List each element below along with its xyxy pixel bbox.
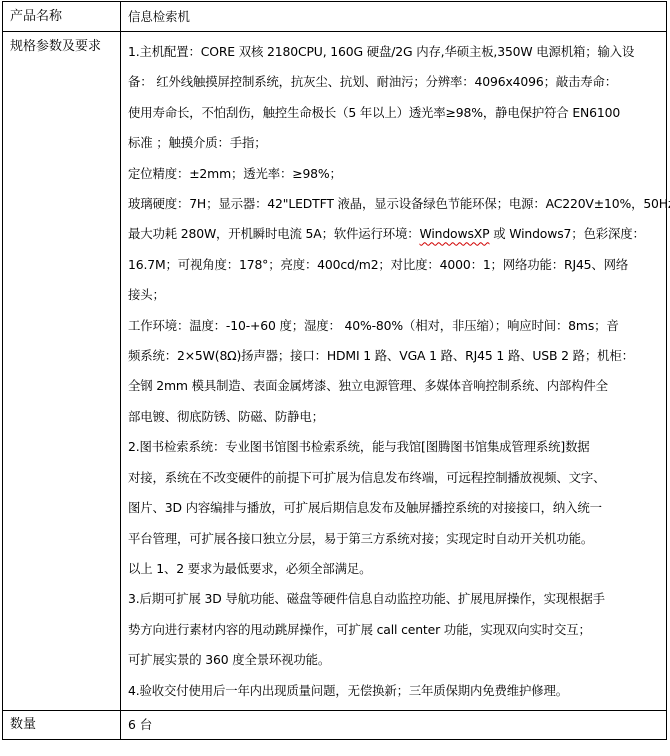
spec-line: 对接，系统在不改变硬件的前提下可扩展为信息发布终端，可远程控制播放视频、文字、 [128, 463, 662, 493]
spec-line: 1.主机配置：CORE 双核 2180CPU, 160G 硬盘/2G 内存,华硕… [128, 37, 662, 67]
spec-line: 部电镀、彻底防锈、防磁、防静电； [128, 402, 662, 432]
spec-label: 规格参数及要求 [3, 32, 121, 711]
spec-line: 平台管理，可扩展各接口独立分层，易于第三方系统对接；实现定时自动开关机功能。 [128, 524, 662, 554]
spec-line: 16.7M；可视角度：178°；亮度：400cd/m2；对比度：4000：1；网… [128, 250, 662, 280]
spec-line: 标准 ；触摸介质：手指； [128, 128, 662, 158]
quantity-label: 数量 [3, 710, 121, 739]
spec-line: 图片、3D 内容编排与播放，可扩展后期信息发布及触屏播控系统的对接接口，纳入统一 [128, 493, 662, 523]
spec-line-os-tail: 或 Windows7；色彩深度： [489, 226, 644, 241]
spec-line: 2.图书检索系统：专业图书馆图书检索系统，能与我馆[图腾图书馆集成管理系统]数据 [128, 432, 662, 462]
spellcheck-underlined-word[interactable]: WindowsXP [420, 226, 490, 241]
spec-line: 势方向进行素材内容的甩动跳屏操作，可扩展 call center 功能，实现双向… [128, 615, 662, 645]
spec-line-os: 最大功耗 280W，开机瞬时电流 5A；软件运行环境：WindowsXP 或 W… [128, 219, 662, 249]
product-name-value: 信息检索机 [121, 2, 667, 32]
spec-line: 以上 1、2 要求为最低要求，必须全部满足。 [128, 554, 662, 584]
spec-line: 4.验收交付使用后一年内出现质量问题，无偿换新；三年质保期内免费维护修理。 [128, 676, 662, 706]
spec-line: 备： 红外线触摸屏控制系统，抗灰尘、抗划、耐油污；分辨率：4096x4096；敲… [128, 67, 662, 97]
spec-line: 定位精度：±2mm；透光率：≥98%； [128, 159, 662, 189]
spec-line: 频系统：2×5W(8Ω)扬声器；接口：HDMI 1 路、VGA 1 路、RJ45… [128, 341, 662, 371]
spec-line: 3.后期可扩展 3D 导航功能、磁盘等硬件信息自动监控功能、扩展甩屏操作，实现根… [128, 584, 662, 614]
spec-line: 玻璃硬度：7H；显示器：42"LEDTFT 液晶，显示设备绿色节能环保；电源：A… [128, 189, 662, 219]
spec-line: 可扩展实景的 360 度全景环视功能。 [128, 645, 662, 675]
spec-value: 1.主机配置：CORE 双核 2180CPU, 160G 硬盘/2G 内存,华硕… [121, 32, 667, 711]
spec-line-os-head: 最大功耗 280W，开机瞬时电流 5A；软件运行环境： [128, 226, 420, 241]
spec-table: 产品名称 信息检索机 规格参数及要求 1.主机配置：CORE 双核 2180CP… [2, 1, 667, 740]
quantity-value: 6 台 [121, 710, 667, 739]
table-row-spec: 规格参数及要求 1.主机配置：CORE 双核 2180CPU, 160G 硬盘/… [3, 32, 667, 711]
spec-line: 工作环境：温度：-10-+60 度；湿度： 40%-80%（相对，非压缩）；响应… [128, 311, 662, 341]
spec-line: 接头； [128, 280, 662, 310]
spec-line: 使用寿命长，不怕刮伤，触控生命极长（5 年以上）透光率≥98%，静电保护符合 E… [128, 98, 662, 128]
table-row-product-name: 产品名称 信息检索机 [3, 2, 667, 32]
table-row-quantity: 数量 6 台 [3, 710, 667, 739]
spec-line: 全钢 2mm 模具制造、表面金属烤漆、独立电源管理、多媒体音响控制系统、内部构件… [128, 371, 662, 401]
product-name-label: 产品名称 [3, 2, 121, 32]
